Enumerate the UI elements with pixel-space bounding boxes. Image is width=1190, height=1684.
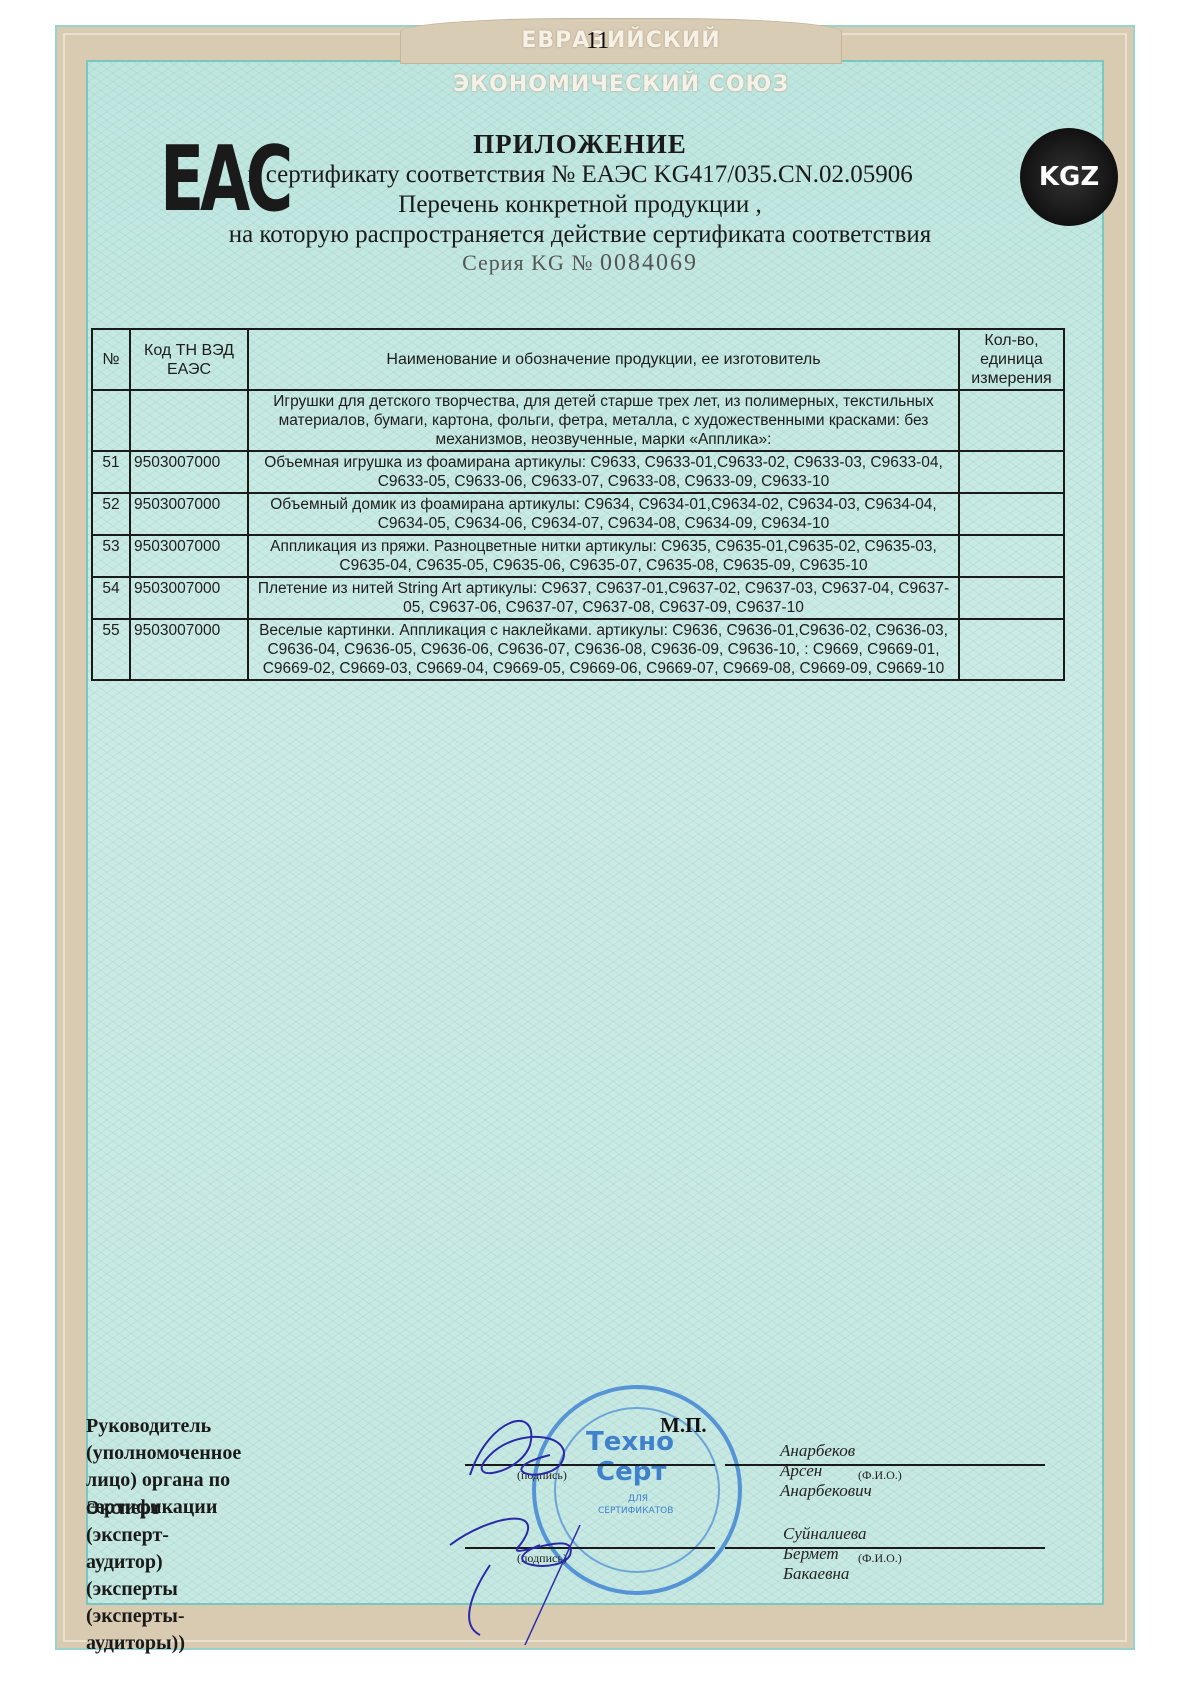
row-name: Веселые картинки. Аппликация с наклейкам… [248,619,959,680]
head-fio-caption: (Ф.И.О.) [858,1468,902,1483]
row-name: Объемный домик из фоамирана артикулы: С9… [248,493,959,535]
row-code: 9503007000 [130,535,248,577]
group-description: Игрушки для детского творчества, для дет… [248,390,959,451]
certificate-reference: к сертификату соответствия № ЕАЭС KG417/… [140,160,1020,190]
table-row: 51 9503007000 Объемная игрушка из фоамир… [92,451,1064,493]
row-no: 51 [92,451,130,493]
row-no: 54 [92,577,130,619]
row-qty [959,493,1064,535]
row-no: 52 [92,493,130,535]
page-number: 11 [586,28,609,55]
scope-subtitle: на которую распространяется действие сер… [140,220,1020,250]
table-row: 53 9503007000 Аппликация из пряжи. Разно… [92,535,1064,577]
group-description-row: Игрушки для детского творчества, для дет… [92,390,1064,451]
row-name: Аппликация из пряжи. Разноцветные нитки … [248,535,959,577]
row-code: 9503007000 [130,619,248,680]
row-qty [959,577,1064,619]
series-label: Серия KG № [462,250,593,275]
expert-fio-caption: (Ф.И.О.) [858,1551,902,1566]
header-qty: Кол-во, единица измерения [959,329,1064,390]
certificate-guilloche-background [86,60,1104,1605]
row-no: 53 [92,535,130,577]
expert-label: Эксперт (эксперт-аудитор) (эксперты (экс… [86,1495,185,1657]
header-no: № [92,329,130,390]
row-no: 55 [92,619,130,680]
expert-name: Суйналиева Бермет Бакаевна [783,1524,867,1584]
products-table: № Код ТН ВЭД ЕАЭС Наименование и обознач… [91,328,1065,681]
handwritten-signature-icon [430,1395,650,1655]
row-code: 9503007000 [130,451,248,493]
expert-name-line [725,1547,1045,1549]
series-number: Серия KG № 0084069 [140,250,1020,276]
header-name: Наименование и обозначение продукции, ее… [248,329,959,390]
row-qty [959,535,1064,577]
series-value: 0084069 [600,250,698,276]
head-name-line [725,1464,1045,1466]
kgz-hologram-icon: KGZ [1020,128,1118,226]
table-row: 54 9503007000 Плетение из нитей String A… [92,577,1064,619]
page-title: ПРИЛОЖЕНИЕ [140,128,1020,160]
hologram-text: KGZ [1039,162,1099,192]
list-subtitle: Перечень конкретной продукции , [140,190,1020,220]
table-row: 55 9503007000 Веселые картинки. Аппликац… [92,619,1064,680]
table-header-row: № Код ТН ВЭД ЕАЭС Наименование и обознач… [92,329,1064,390]
row-qty [959,619,1064,680]
document-header: ПРИЛОЖЕНИЕ к сертификату соответствия № … [140,128,1020,276]
row-qty [959,451,1064,493]
stamp-place-label: М.П. [660,1413,707,1438]
row-code: 9503007000 [130,493,248,535]
table-row: 52 9503007000 Объемный домик из фоамиран… [92,493,1064,535]
row-name: Плетение из нитей String Art артикулы: С… [248,577,959,619]
union-banner: ЕВРАЗИЙСКИЙ ЭКОНОМИЧЕСКИЙ СОЮЗ [400,18,842,64]
header-code: Код ТН ВЭД ЕАЭС [130,329,248,390]
row-name: Объемная игрушка из фоамирана артикулы: … [248,451,959,493]
row-code: 9503007000 [130,577,248,619]
